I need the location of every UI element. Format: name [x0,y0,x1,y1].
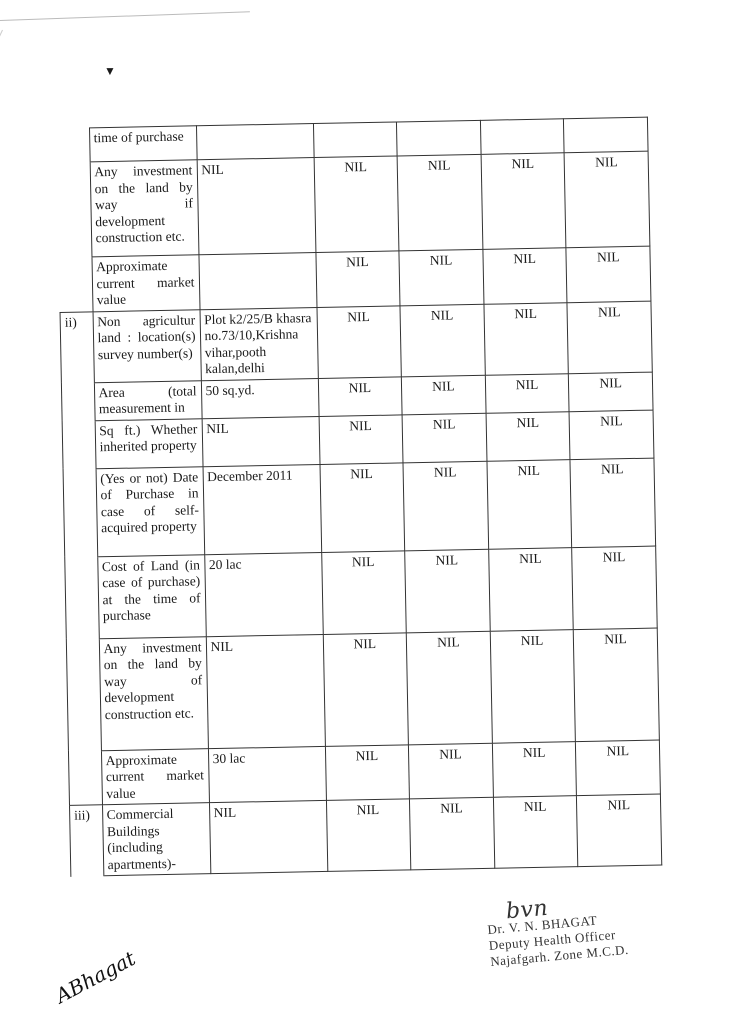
row-value-col-3: NIL [405,549,490,633]
row-value-col-4: NIL [488,547,573,631]
row-value: NIL [206,634,325,748]
section-number [68,750,102,805]
section-number [57,162,91,258]
section-number: ii) [60,311,94,383]
row-value-col-5: NIL [567,301,652,374]
row-value-col-2: NIL [319,462,404,552]
row-value: 50 sq.yd. [201,378,319,418]
row-value-col-4: NIL [486,411,571,461]
row-value-col-4: NIL [485,373,569,413]
row-value: NIL [209,800,327,873]
row-value-col-5: NIL [570,458,655,548]
table-row: ii)Non agricultur land : location(s) sur… [60,301,652,383]
section-number [65,556,99,639]
row-value-col-5: NIL [572,546,657,630]
row-value-col-4: NIL [484,302,569,375]
scan-mark: ▼ [104,64,116,79]
row-value-col-2: NIL [316,305,401,378]
row-value-col-4: NIL [492,741,577,797]
row-value-col-3 [397,120,481,156]
row-value-col-3: NIL [399,249,484,305]
row-label: Area (total measurement in [94,380,202,420]
row-value-col-3: NIL [410,797,495,870]
row-value-col-2: NIL [326,799,411,872]
row-value-col-5 [564,117,648,153]
row-value-col-2: NIL [318,376,402,416]
row-value-col-2: NIL [319,414,404,464]
row-value-col-2: NIL [325,744,410,800]
row-value-col-2: NIL [323,632,409,746]
row-value-col-2: NIL [321,550,406,634]
row-value-col-2 [313,122,397,158]
table-row: Cost of Land (in case of purchase) at th… [65,546,657,639]
row-value-col-3: NIL [401,375,485,415]
row-value-col-4: NIL [483,248,568,304]
row-value-col-3: NIL [400,304,485,377]
row-value-col-5: NIL [569,372,653,412]
table-row: Any investment on the land by way if dev… [57,151,650,257]
row-value [196,124,314,160]
section-number [57,128,90,163]
section-number: iii) [70,805,104,877]
table-row: Any investment on the land by way of dev… [66,628,659,751]
section-number [66,638,101,751]
section-number [63,468,97,557]
scan-edge-diagonal [0,30,3,157]
row-value-col-4: NIL [493,796,578,869]
officer-stamp: bvn Dr. V. N. BHAGAT Deputy Health Offic… [485,894,629,970]
row-value-col-3: NIL [409,743,494,799]
row-value-col-5: NIL [566,246,651,302]
row-value-col-5: NIL [577,794,662,867]
row-value-col-5: NIL [574,628,660,742]
row-value: NIL [197,158,316,255]
row-label: (Yes or not) Date of Purchase in case of… [96,466,205,556]
scanned-page: ▼ time of purchaseAny investment on the … [0,0,746,1024]
row-label: Any investment on the land by way if dev… [90,160,199,257]
section-number [59,257,93,312]
row-value-col-5: NIL [569,410,654,460]
row-label: Cost of Land (in case of purchase) at th… [97,554,206,638]
asset-declaration-table-wrapper: time of purchaseAny investment on the la… [56,117,662,877]
section-number [62,420,95,469]
table-row: (Yes or not) Date of Purchase in case of… [63,458,656,557]
row-value: 30 lac [208,746,326,803]
row-value-col-3: NIL [397,154,482,251]
scan-edge-line [0,11,250,21]
row-value: Plot k2/25/B khasra no.73/10,Krishna vih… [200,307,318,380]
row-label: Commercial Buildings (including apartmen… [102,803,210,876]
row-value: 20 lac [204,552,323,636]
row-value-col-4 [480,119,564,155]
row-value-col-3: NIL [402,413,487,463]
asset-declaration-table: time of purchaseAny investment on the la… [56,117,662,877]
row-value-col-4: NIL [487,459,572,549]
table-row: iii)Commercial Buildings (including apar… [70,794,662,876]
row-value-col-3: NIL [403,461,488,551]
row-label: Approximate current market value [101,748,209,805]
row-value [198,253,316,310]
row-value-col-4: NIL [481,153,566,250]
section-number [61,382,94,421]
row-label: Approximate current market value [91,255,199,312]
row-label: Any investment on the land by way of dev… [99,636,208,750]
row-value-col-2: NIL [314,156,399,253]
row-label: Sq ft.) Whether inherited property [95,418,203,468]
handwritten-signature: ABhagat [51,946,139,1008]
row-value-col-4: NIL [490,629,576,743]
row-value-col-3: NIL [406,631,492,745]
row-value-col-5: NIL [564,151,649,248]
row-value: December 2011 [203,464,322,554]
row-value-col-2: NIL [315,251,400,307]
row-value-col-5: NIL [576,740,661,796]
row-label: time of purchase [89,126,197,162]
row-value: NIL [202,416,320,466]
row-label: Non agricultur land : location(s) survey… [93,309,201,382]
